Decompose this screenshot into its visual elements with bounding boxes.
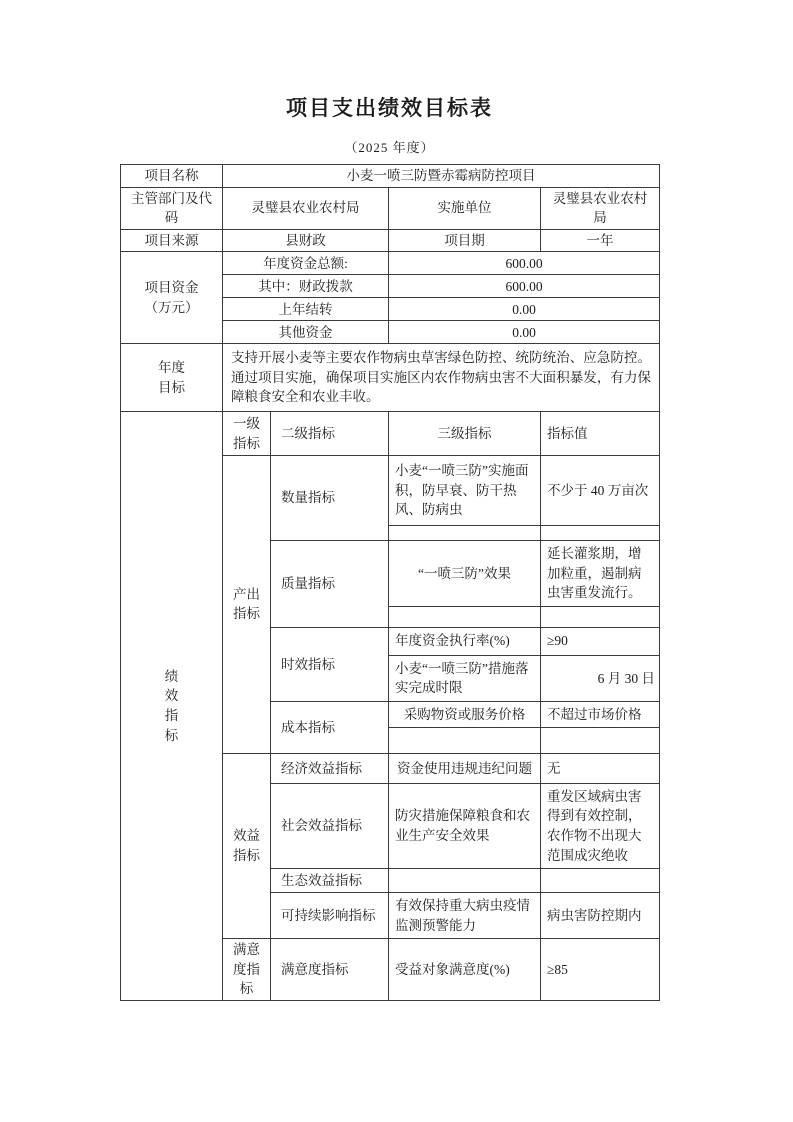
cell-social-label: 社会效益指标 bbox=[271, 783, 389, 868]
row-department: 主管部门及代 码 灵璧县农业农村局 实施单位 灵璧县农业农村 局 bbox=[121, 187, 660, 229]
cell-empty bbox=[541, 727, 660, 753]
cell-empty bbox=[389, 727, 541, 753]
cell-header-value: 指标值 bbox=[541, 412, 660, 456]
cell-period-label: 项目期 bbox=[389, 229, 541, 252]
row-source: 项目来源 县财政 项目期 一年 bbox=[121, 229, 660, 252]
cell-project-name-value: 小麦一喷三防暨赤霉病防控项目 bbox=[223, 165, 660, 188]
cell-sustainable-value: 病虫害防控期内 bbox=[541, 893, 660, 939]
cell-funding-value: 0.00 bbox=[389, 298, 660, 321]
cell-quality-label: 质量指标 bbox=[271, 541, 389, 628]
cell-header-level2: 二级指标 bbox=[271, 412, 389, 456]
cell-satisfaction-label: 满意度指标 bbox=[271, 939, 389, 1001]
cell-sustainable-label: 可持续影响指标 bbox=[271, 893, 389, 939]
cell-deadline-value: 6 月 30 日 bbox=[541, 655, 660, 701]
cell-exec-rate-indicator: 年度资金执行率(%) bbox=[389, 627, 541, 655]
cell-annual-goal-text: 支持开展小麦等主要农作物病虫草害绿色防控、统防统治、应急防控。通过项目实施，确保… bbox=[223, 344, 660, 412]
row-indicator-header: 绩 效 指 标 一级 指标 二级指标 三级指标 指标值 bbox=[121, 412, 660, 456]
cell-sustainable-indicator: 有效保持重大病虫疫情监测预警能力 bbox=[389, 893, 541, 939]
cell-funding-value: 600.00 bbox=[389, 252, 660, 275]
cell-dept-value: 灵璧县农业农村局 bbox=[223, 187, 389, 229]
cell-funding-name: 其他资金 bbox=[223, 321, 389, 344]
cell-satisfaction-indicator: 受益对象满意度(%) bbox=[389, 939, 541, 1001]
cell-header-level3: 三级指标 bbox=[389, 412, 541, 456]
cell-period-value: 一年 bbox=[541, 229, 660, 252]
cell-quality-indicator: “一喷三防”效果 bbox=[389, 541, 541, 607]
cell-satisfaction-value: ≥85 bbox=[541, 939, 660, 1001]
cell-cost-label: 成本指标 bbox=[271, 701, 389, 753]
document-body: 项目支出绩效目标表 （2025 年度） 项目名称 小麦一喷三防暨赤霉病防控项目 … bbox=[120, 0, 659, 1001]
cell-quantity-value: 不少于 40 万亩次 bbox=[541, 456, 660, 526]
cell-exec-rate-value: ≥90 bbox=[541, 627, 660, 655]
cell-economic-value: 无 bbox=[541, 753, 660, 783]
cell-ecological-label: 生态效益指标 bbox=[271, 869, 389, 893]
cell-empty bbox=[541, 606, 660, 627]
cell-header-level1: 一级 指标 bbox=[223, 412, 271, 456]
cell-funding-name: 上年结转 bbox=[223, 298, 389, 321]
cell-empty bbox=[541, 869, 660, 893]
cell-source-value: 县财政 bbox=[223, 229, 389, 252]
cell-quantity-label: 数量指标 bbox=[271, 456, 389, 541]
page-subtitle: （2025 年度） bbox=[120, 120, 659, 164]
page-title: 项目支出绩效目标表 bbox=[120, 0, 659, 120]
cell-impl-unit-label: 实施单位 bbox=[389, 187, 541, 229]
cell-cost-value: 不超过市场价格 bbox=[541, 701, 660, 727]
cell-quantity-indicator: 小麦“一喷三防”实施面积，防早衰、防干热风、防病虫 bbox=[389, 456, 541, 526]
row-project-name: 项目名称 小麦一喷三防暨赤霉病防控项目 bbox=[121, 165, 660, 188]
cell-quality-value: 延长灌浆期，增加粒重，遏制病虫害重发流行。 bbox=[541, 541, 660, 607]
cell-economic-label: 经济效益指标 bbox=[271, 753, 389, 783]
cell-timeliness-label: 时效指标 bbox=[271, 627, 389, 701]
cell-annual-goal-label: 年度 目标 bbox=[121, 344, 223, 412]
performance-target-table: 项目名称 小麦一喷三防暨赤霉病防控项目 主管部门及代 码 灵璧县农业农村局 实施… bbox=[120, 164, 660, 1001]
cell-economic-indicator: 资金使用违规违纪问题 bbox=[389, 753, 541, 783]
row-funding-total: 项目资金 （万元） 年度资金总额: 600.00 bbox=[121, 252, 660, 275]
cell-funding-value: 600.00 bbox=[389, 275, 660, 298]
cell-funding-name: 年度资金总额: bbox=[223, 252, 389, 275]
cell-deadline-indicator: 小麦“一喷三防”措施落实完成时限 bbox=[389, 655, 541, 701]
cell-empty bbox=[541, 526, 660, 541]
cell-cost-indicator: 采购物资或服务价格 bbox=[389, 701, 541, 727]
cell-impl-unit-value: 灵璧县农业农村 局 bbox=[541, 187, 660, 229]
cell-empty bbox=[389, 606, 541, 627]
cell-funding-value: 0.00 bbox=[389, 321, 660, 344]
cell-empty bbox=[389, 526, 541, 541]
document-page: 项目支出绩效目标表 （2025 年度） 项目名称 小麦一喷三防暨赤霉病防控项目 … bbox=[0, 0, 793, 1122]
cell-social-indicator: 防灾措施保障粮食和农业生产安全效果 bbox=[389, 783, 541, 868]
cell-dept-label: 主管部门及代 码 bbox=[121, 187, 223, 229]
cell-source-label: 项目来源 bbox=[121, 229, 223, 252]
cell-funding-label: 项目资金 （万元） bbox=[121, 252, 223, 344]
cell-performance-label: 绩 效 指 标 bbox=[121, 412, 223, 1001]
cell-funding-name: 其中：财政拨款 bbox=[223, 275, 389, 298]
row-annual-goal: 年度 目标 支持开展小麦等主要农作物病虫草害绿色防控、统防统治、应急防控。通过项… bbox=[121, 344, 660, 412]
cell-satisfaction-group-label: 满意 度指 标 bbox=[223, 939, 271, 1001]
cell-project-name-label: 项目名称 bbox=[121, 165, 223, 188]
cell-empty bbox=[389, 869, 541, 893]
cell-social-value: 重发区域病虫害得到有效控制，农作物不出现大范围成灾绝收 bbox=[541, 783, 660, 868]
cell-benefit-label: 效益 指标 bbox=[223, 753, 271, 938]
cell-output-label: 产出 指标 bbox=[223, 456, 271, 754]
